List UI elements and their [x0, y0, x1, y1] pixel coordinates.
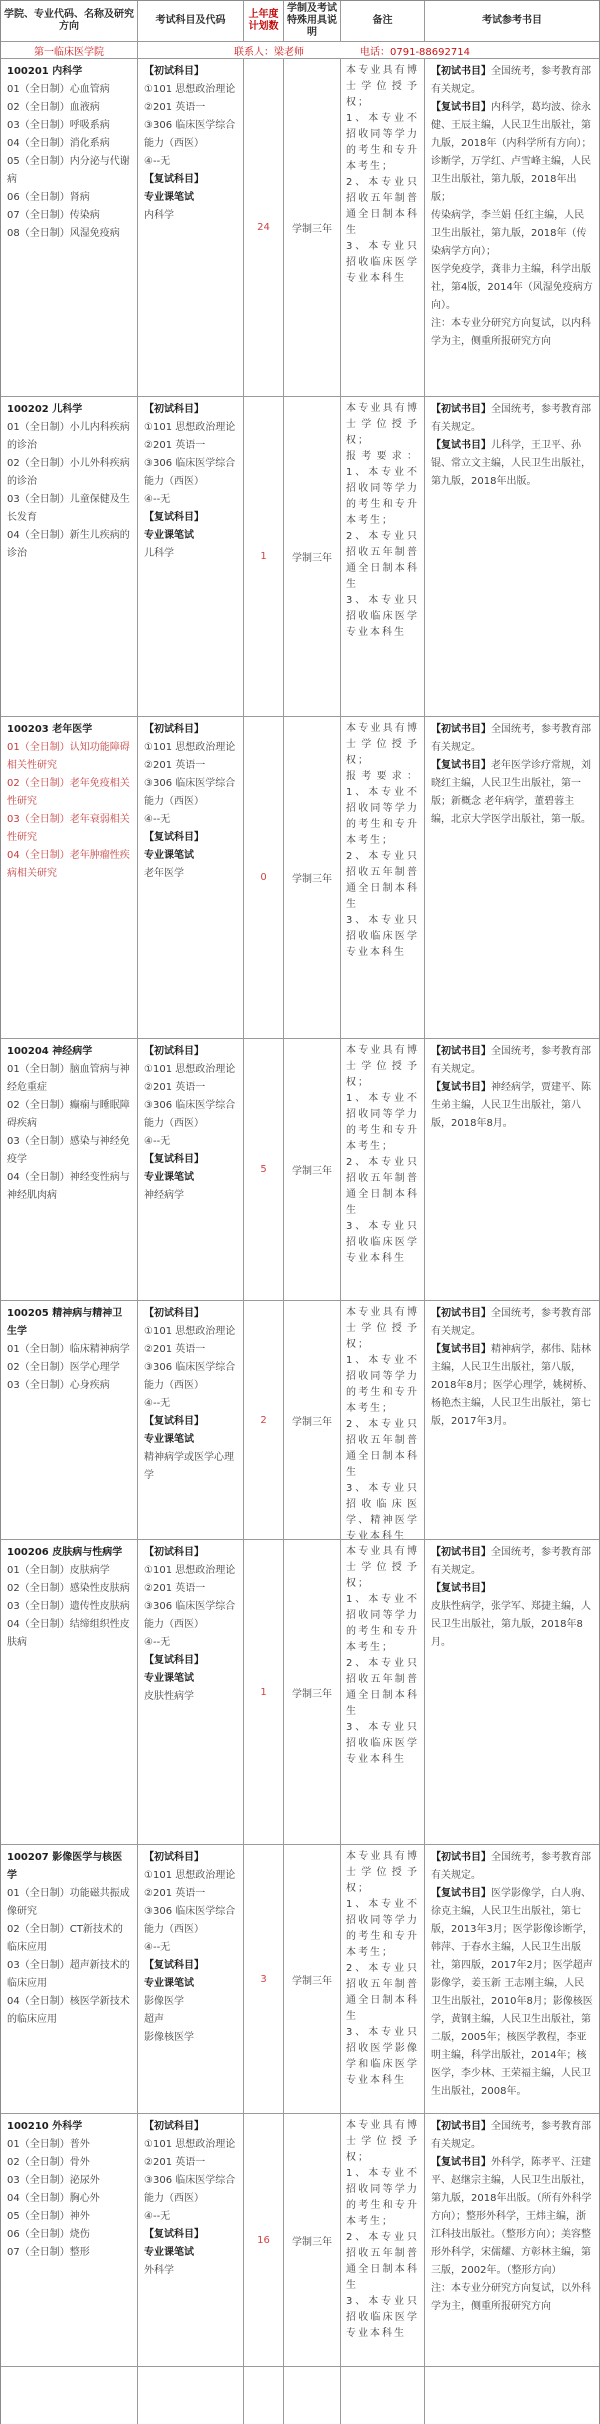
program-row: 100201 内科学01（全日制）心血管病02（全日制）血液病03（全日制）呼吸… — [1, 58, 599, 396]
book-section-label: 【初试书目】 — [431, 66, 491, 77]
exam-subject-line: ①101 思想政治理论 — [144, 739, 237, 757]
book-paragraph: 【初试书目】全国统考，参考教育部有关规定。 — [431, 721, 593, 757]
research-direction: 02（全日制）医学心理学 — [7, 1359, 131, 1377]
note-paragraph: 3、本专业只招收临床医学、精神医学专业本科生 — [346, 1481, 419, 1539]
book-section-label: 【复试书目】 — [431, 1888, 491, 1899]
book-paragraph: 皮肤性病学，张学军、郑捷主编，人民卫生出版社，第九版，2018年8月。 — [431, 1598, 593, 1652]
plan-count-cell: 16 — [243, 2114, 283, 2366]
note-cell: 本专业具有博士学位授予权；1、本专业不招收同等学力的考生和专升本考生；2、本专业… — [340, 59, 424, 396]
program-row: 100203 老年医学01（全日制）认知功能障碍相关性研究02（全日制）老年免疫… — [1, 716, 599, 1038]
plan-count-cell: 5 — [243, 1039, 283, 1300]
duration-cell: 学制三年 — [283, 1845, 340, 2113]
book-text: 注：本专业分研究方向复试，以外科学为主，侧重所报研究方向 — [431, 2283, 591, 2312]
header-col-plan-count: 上年度计划数 — [243, 1, 283, 41]
exam-subject-line: 专业课笔试 — [144, 1169, 237, 1187]
book-text: 皮肤性病学，张学军、郑捷主编，人民卫生出版社，第九版，2018年8月。 — [431, 1601, 591, 1648]
exam-subjects-cell: 【初试科目】①101 思想政治理论②201 英语一③306 临床医学综合能力（西… — [137, 2114, 243, 2366]
book-text: 医学影像学，白人驹、徐克主编，人民卫生出版社，第七版，2013年3月；医学影像诊… — [431, 1888, 593, 2097]
research-direction: 05（全日制）内分泌与代谢病 — [7, 153, 131, 189]
book-paragraph: 【初试书目】全国统考，参考教育部有关规定。 — [431, 1305, 593, 1341]
duration-text: 学制三年 — [292, 1972, 332, 1987]
research-direction: 02（全日制）老年免疫相关性研究 — [7, 775, 131, 811]
duration-text: 学制三年 — [292, 549, 332, 564]
research-direction: 03（全日制）心身疾病 — [7, 1377, 131, 1395]
program-row: 100202 儿科学01（全日制）小儿内科疾病的诊治02（全日制）小儿外科疾病的… — [1, 396, 599, 716]
duration-cell: 学制三年 — [283, 717, 340, 1038]
note-paragraph: 本专业具有博士学位授予权； — [346, 1544, 419, 1592]
table-header-row: 学院、专业代码、名称及研究方向 考试科目及代码 上年度计划数 学制及考试特殊用具… — [1, 1, 599, 41]
research-direction: 04（全日制）神经变性病与神经肌肉病 — [7, 1169, 131, 1205]
research-direction: 03（全日制）儿童保健及生长发育 — [7, 491, 131, 527]
books-cell: 【初试书目】全国统考，参考教育部有关规定。【复试书目】皮肤性病学，张学军、郑捷主… — [424, 1540, 599, 1844]
empty-cell — [424, 2367, 599, 2424]
exam-subject-line: 老年医学 — [144, 865, 237, 883]
exam-subject-line: ②201 英语一 — [144, 1079, 237, 1097]
research-direction: 03（全日制）感染与神经免疫学 — [7, 1133, 131, 1169]
research-direction: 06（全日制）烧伤 — [7, 2226, 131, 2244]
book-section-label: 【初试书目】 — [431, 1046, 491, 1057]
exam-subject-line: 皮肤性病学 — [144, 1688, 237, 1706]
note-paragraph: 1、本专业不招收同等学力的考生和专升本考生； — [346, 1353, 419, 1417]
note-paragraph: 3、本专业只招收临床医学专业本科生 — [346, 913, 419, 961]
empty-cell — [243, 2367, 283, 2424]
book-paragraph: 【初试书目】全国统考，参考教育部有关规定。 — [431, 1544, 593, 1580]
exam-subject-line: 专业课笔试 — [144, 527, 237, 545]
exam-subject-line: 专业课笔试 — [144, 847, 237, 865]
note-paragraph: 1、本专业不招收同等学力的考生和专升本考生； — [346, 1897, 419, 1961]
exam-subject-line: ①101 思想政治理论 — [144, 419, 237, 437]
exam-subject-line: ④--无 — [144, 2208, 237, 2226]
research-direction: 01（全日制）普外 — [7, 2136, 131, 2154]
note-paragraph: 2、本专业只招收五年制普通全日制本科生 — [346, 1961, 419, 2025]
book-paragraph: 【初试书目】全国统考，参考教育部有关规定。 — [431, 2118, 593, 2154]
program-row: 100205 精神病与精神卫生学01（全日制）临床精神病学02（全日制）医学心理… — [1, 1300, 599, 1539]
exam-subject-line: 【复试科目】 — [144, 2226, 237, 2244]
note-paragraph: 2、本专业只招收五年制普通全日制本科生 — [346, 1656, 419, 1720]
book-paragraph: 【复试书目】外科学，陈孝平、汪建平、赵继宗主编，人民卫生出版社，第九版，2018… — [431, 2154, 593, 2280]
book-section-label: 【复试书目】 — [431, 1344, 491, 1355]
book-paragraph: 传染病学，李兰娟 任红主编，人民卫生出版社，第九版，2018年（传染病学方向）； — [431, 207, 593, 261]
exam-subject-line: ③306 临床医学综合能力（西医） — [144, 1903, 237, 1939]
note-paragraph: 本专业具有博士学位授予权； — [346, 2118, 419, 2166]
exam-subject-line: ②201 英语一 — [144, 1341, 237, 1359]
research-direction: 01（全日制）脑血管病与神经危重症 — [7, 1061, 131, 1097]
duration-text: 学制三年 — [292, 1685, 332, 1700]
book-section-label: 【复试书目】 — [431, 760, 491, 771]
research-direction: 01（全日制）功能磁共振成像研究 — [7, 1885, 131, 1921]
note-paragraph: 3、本专业只招收临床医学专业本科生 — [346, 2294, 419, 2342]
research-direction: 03（全日制）遗传性皮肤病 — [7, 1598, 131, 1616]
duration-text: 学制三年 — [292, 870, 332, 885]
research-direction: 03（全日制）老年衰弱相关性研究 — [7, 811, 131, 847]
books-cell: 【初试书目】全国统考，参考教育部有关规定。【复试书目】内科学，葛均波、徐永健、王… — [424, 59, 599, 396]
research-direction: 04（全日制）核医学新技术的临床应用 — [7, 1993, 131, 2029]
exam-subject-line: ④--无 — [144, 811, 237, 829]
exam-subject-line: 神经病学 — [144, 1187, 237, 1205]
exam-subject-line: 【初试科目】 — [144, 2118, 237, 2136]
exam-subject-line: ②201 英语一 — [144, 757, 237, 775]
note-paragraph: 本专业具有博士学位授予权； — [346, 721, 419, 769]
note-paragraph: 报考要求：1、本专业不招收同等学力的考生和专升本考生； — [346, 769, 419, 849]
plan-count: 3 — [260, 1974, 266, 1985]
exam-subject-line: 儿科学 — [144, 545, 237, 563]
book-paragraph: 【初试书目】全国统考，参考教育部有关规定。 — [431, 401, 593, 437]
note-paragraph: 1、本专业不招收同等学力的考生和专升本考生； — [346, 111, 419, 175]
exam-subjects-cell: 【初试科目】①101 思想政治理论②201 英语一③306 临床医学综合能力（西… — [137, 717, 243, 1038]
plan-count-cell: 1 — [243, 1540, 283, 1844]
program-cell: 100210 外科学01（全日制）普外02（全日制）骨外03（全日制）泌尿外04… — [1, 2114, 137, 2366]
research-direction: 01（全日制）小儿内科疾病的诊治 — [7, 419, 131, 455]
note-cell: 本专业具有博士学位授予权；1、本专业不招收同等学力的考生和专升本考生；2、本专业… — [340, 1540, 424, 1844]
research-direction: 01（全日制）心血管病 — [7, 81, 131, 99]
exam-subject-line: 专业课笔试 — [144, 189, 237, 207]
exam-subject-line: ④--无 — [144, 1939, 237, 1957]
note-cell: 本专业具有博士学位授予权；报考要求：1、本专业不招收同等学力的考生和专升本考生；… — [340, 717, 424, 1038]
plan-count: 5 — [260, 1164, 266, 1175]
book-section-label: 【初试书目】 — [431, 1547, 491, 1558]
research-direction: 01（全日制）皮肤病学 — [7, 1562, 131, 1580]
program-rows: 100201 内科学01（全日制）心血管病02（全日制）血液病03（全日制）呼吸… — [1, 58, 599, 2366]
header-col-exam-subjects: 考试科目及代码 — [137, 1, 243, 41]
book-paragraph: 【复试书目】儿科学，王卫平、孙锟、常立文主编，人民卫生出版社，第九版，2018年… — [431, 437, 593, 491]
note-paragraph: 2、本专业只招收五年制普通全日制本科生 — [346, 175, 419, 239]
exam-subject-line: 内科学 — [144, 207, 237, 225]
duration-cell: 学制三年 — [283, 1540, 340, 1844]
note-paragraph: 3、本专业只招收临床医学专业本科生 — [346, 593, 419, 641]
empty-cell — [283, 2367, 340, 2424]
book-paragraph: 【初试书目】全国统考，参考教育部有关规定。 — [431, 1849, 593, 1885]
book-section-label: 【复试书目】 — [431, 1082, 491, 1093]
note-paragraph: 本专业具有博士学位授予权； — [346, 1849, 419, 1897]
note-cell: 本专业具有博士学位授予权；1、本专业不招收同等学力的考生和专升本考生；2、本专业… — [340, 2114, 424, 2366]
exam-subject-line: 精神病学或医学心理学 — [144, 1449, 237, 1485]
duration-cell: 学制三年 — [283, 397, 340, 716]
note-paragraph: 本专业具有博士学位授予权； — [346, 401, 419, 449]
exam-subject-line: ④--无 — [144, 1133, 237, 1151]
books-cell: 【初试书目】全国统考，参考教育部有关规定。【复试书目】精神病学，郝伟、陆林主编，… — [424, 1301, 599, 1539]
research-direction: 01（全日制）临床精神病学 — [7, 1341, 131, 1359]
exam-subject-line: 【初试科目】 — [144, 1305, 237, 1323]
book-paragraph: 【复试书目】神经病学，贾建平、陈生弟主编，人民卫生出版社，第八版，2018年8月… — [431, 1079, 593, 1133]
exam-subject-line: ③306 临床医学综合能力（西医） — [144, 2172, 237, 2208]
books-cell: 【初试书目】全国统考，参考教育部有关规定。【复试书目】神经病学，贾建平、陈生弟主… — [424, 1039, 599, 1300]
admissions-table: 学院、专业代码、名称及研究方向 考试科目及代码 上年度计划数 学制及考试特殊用具… — [0, 0, 600, 2424]
duration-text: 学制三年 — [292, 220, 332, 235]
program-code-title: 100205 精神病与精神卫生学 — [7, 1305, 131, 1341]
book-text: 诊断学，万学红、卢雪峰主编，人民卫生出版社，第九版，2018年出版； — [431, 156, 591, 203]
book-paragraph: 诊断学，万学红、卢雪峰主编，人民卫生出版社，第九版，2018年出版； — [431, 153, 593, 207]
book-text: 注：本专业分研究方向复试，以内科学为主，侧重所报研究方向 — [431, 318, 591, 347]
books-cell: 【初试书目】全国统考，参考教育部有关规定。【复试书目】老年医学诊疗常规，刘晓红主… — [424, 717, 599, 1038]
exam-subject-line: 【初试科目】 — [144, 1544, 237, 1562]
note-paragraph: 3、本专业只招收医学影像学和临床医学专业本科生 — [346, 2025, 419, 2089]
exam-subjects-cell: 【初试科目】①101 思想政治理论②201 英语一③306 临床医学综合能力（西… — [137, 1039, 243, 1300]
empty-cell — [137, 2367, 243, 2424]
program-row: 100206 皮肤病与性病学01（全日制）皮肤病学02（全日制）感染性皮肤病03… — [1, 1539, 599, 1844]
exam-subject-line: ①101 思想政治理论 — [144, 2136, 237, 2154]
program-code-title: 100202 儿科学 — [7, 401, 131, 419]
exam-subject-line: ①101 思想政治理论 — [144, 1061, 237, 1079]
header-col-notes: 备注 — [340, 1, 424, 41]
partial-next-row — [1, 2366, 599, 2424]
research-direction: 02（全日制）癫痫与睡眠障碍疾病 — [7, 1097, 131, 1133]
book-text: 外科学，陈孝平、汪建平、赵继宗主编，人民卫生出版社，第九版，2018年出版。（所… — [431, 2157, 591, 2276]
exam-subject-line: 影像医学 — [144, 1993, 237, 2011]
note-cell: 本专业具有博士学位授予权；报考要求：1、本专业不招收同等学力的考生和专升本考生；… — [340, 397, 424, 716]
book-section-label: 【复试书目】 — [431, 2157, 491, 2168]
duration-cell: 学制三年 — [283, 1039, 340, 1300]
books-cell: 【初试书目】全国统考，参考教育部有关规定。【复试书目】儿科学，王卫平、孙锟、常立… — [424, 397, 599, 716]
book-paragraph: 【复试书目】老年医学诊疗常规，刘晓红主编，人民卫生出版社，第一版；新概念 老年病… — [431, 757, 593, 829]
exam-subject-line: 【初试科目】 — [144, 63, 237, 81]
exam-subjects-cell: 【初试科目】①101 思想政治理论②201 英语一③306 临床医学综合能力（西… — [137, 1845, 243, 2113]
header-col-reference-books: 考试参考书目 — [424, 1, 599, 41]
exam-subject-line: 【初试科目】 — [144, 401, 237, 419]
book-section-label: 【复试书目】 — [431, 102, 491, 113]
note-paragraph: 2、本专业只招收五年制普通全日制本科生 — [346, 1155, 419, 1219]
college-name: 第一临床医学院 — [1, 42, 137, 58]
exam-subject-line: 【初试科目】 — [144, 721, 237, 739]
program-row: 100204 神经病学01（全日制）脑血管病与神经危重症02（全日制）癫痫与睡眠… — [1, 1038, 599, 1300]
program-cell: 100207 影像医学与核医学01（全日制）功能磁共振成像研究02（全日制）CT… — [1, 1845, 137, 2113]
exam-subject-line: 【复试科目】 — [144, 1151, 237, 1169]
exam-subject-line: ④--无 — [144, 153, 237, 171]
contact-person: 联系人：梁老师 — [234, 43, 304, 58]
exam-subject-line: 【复试科目】 — [144, 509, 237, 527]
research-direction: 04（全日制）结缔组织性皮肤病 — [7, 1616, 131, 1652]
exam-subject-line: ③306 临床医学综合能力（西医） — [144, 455, 237, 491]
exam-subject-line: ③306 临床医学综合能力（西医） — [144, 117, 237, 153]
books-cell: 【初试书目】全国统考，参考教育部有关规定。【复试书目】医学影像学，白人驹、徐克主… — [424, 1845, 599, 2113]
note-paragraph: 2、本专业只招收五年制普通全日制本科生 — [346, 529, 419, 593]
exam-subject-line: 【复试科目】 — [144, 171, 237, 189]
exam-subject-line: 【复试科目】 — [144, 1957, 237, 1975]
exam-subject-line: ④--无 — [144, 491, 237, 509]
note-paragraph: 3、本专业只招收临床医学专业本科生 — [346, 1720, 419, 1768]
note-cell: 本专业具有博士学位授予权；1、本专业不招收同等学力的考生和专升本考生；2、本专业… — [340, 1301, 424, 1539]
note-paragraph: 本专业具有博士学位授予权； — [346, 1305, 419, 1353]
research-direction: 04（全日制）消化系病 — [7, 135, 131, 153]
book-paragraph: 注：本专业分研究方向复试，以内科学为主，侧重所报研究方向 — [431, 315, 593, 351]
book-section-label: 【复试书目】 — [431, 440, 491, 451]
program-code-title: 100206 皮肤病与性病学 — [7, 1544, 131, 1562]
contact-phone: 电话：0791-88692714 — [360, 43, 470, 58]
exam-subject-line: 专业课笔试 — [144, 1975, 237, 1993]
note-paragraph: 2、本专业只招收五年制普通全日制本科生 — [346, 1417, 419, 1481]
program-code-title: 100210 外科学 — [7, 2118, 131, 2136]
research-direction: 02（全日制）血液病 — [7, 99, 131, 117]
exam-subject-line: ②201 英语一 — [144, 1580, 237, 1598]
exam-subject-line: ③306 临床医学综合能力（西医） — [144, 1359, 237, 1395]
exam-subject-line: ④--无 — [144, 1634, 237, 1652]
exam-subjects-cell: 【初试科目】①101 思想政治理论②201 英语一③306 临床医学综合能力（西… — [137, 59, 243, 396]
exam-subject-line: 【初试科目】 — [144, 1043, 237, 1061]
research-direction: 04（全日制）老年肿瘤性疾病相关研究 — [7, 847, 131, 883]
exam-subject-line: ②201 英语一 — [144, 2154, 237, 2172]
exam-subject-line: 影像核医学 — [144, 2029, 237, 2047]
research-direction: 03（全日制）呼吸系病 — [7, 117, 131, 135]
duration-text: 学制三年 — [292, 2233, 332, 2248]
research-direction: 08（全日制）风湿免疫病 — [7, 225, 131, 243]
college-contact-row: 第一临床医学院 联系人：梁老师 电话：0791-88692714 — [1, 41, 599, 58]
book-paragraph: 【复试书目】医学影像学，白人驹、徐克主编，人民卫生出版社，第七版，2013年3月… — [431, 1885, 593, 2101]
exam-subject-line: ②201 英语一 — [144, 99, 237, 117]
plan-count: 0 — [260, 872, 266, 883]
book-section-label: 【初试书目】 — [431, 2121, 491, 2132]
duration-text: 学制三年 — [292, 1413, 332, 1428]
research-direction: 04（全日制）胸心外 — [7, 2190, 131, 2208]
book-text: 传染病学，李兰娟 任红主编，人民卫生出版社，第九版，2018年（传染病学方向）； — [431, 210, 586, 257]
book-paragraph: 【初试书目】全国统考，参考教育部有关规定。 — [431, 63, 593, 99]
note-cell: 本专业具有博士学位授予权；1、本专业不招收同等学力的考生和专升本考生；2、本专业… — [340, 1845, 424, 2113]
book-paragraph: 注：本专业分研究方向复试，以外科学为主，侧重所报研究方向 — [431, 2280, 593, 2316]
research-direction: 04（全日制）新生儿疾病的诊治 — [7, 527, 131, 563]
exam-subject-line: 专业课笔试 — [144, 1431, 237, 1449]
book-section-label: 【初试书目】 — [431, 724, 491, 735]
book-text: 医学免疫学，龚非力主编，科学出版社，第4版，2014年（风湿免疫病方向）。 — [431, 264, 593, 311]
plan-count: 1 — [260, 551, 266, 562]
plan-count-cell: 1 — [243, 397, 283, 716]
program-code-title: 100207 影像医学与核医学 — [7, 1849, 131, 1885]
book-paragraph: 【初试书目】全国统考，参考教育部有关规定。 — [431, 1043, 593, 1079]
note-paragraph: 报考要求：1、本专业不招收同等学力的考生和专升本考生； — [346, 449, 419, 529]
program-cell: 100206 皮肤病与性病学01（全日制）皮肤病学02（全日制）感染性皮肤病03… — [1, 1540, 137, 1844]
plan-count: 2 — [260, 1415, 266, 1426]
note-paragraph: 2、本专业只招收五年制普通全日制本科生 — [346, 2230, 419, 2294]
research-direction: 05（全日制）神外 — [7, 2208, 131, 2226]
exam-subjects-cell: 【初试科目】①101 思想政治理论②201 英语一③306 临床医学综合能力（西… — [137, 1301, 243, 1539]
plan-count: 24 — [257, 222, 270, 233]
exam-subject-line: ①101 思想政治理论 — [144, 1323, 237, 1341]
note-paragraph: 本专业具有博士学位授予权； — [346, 63, 419, 111]
exam-subject-line: ①101 思想政治理论 — [144, 81, 237, 99]
book-text: 精神病学，郝伟、陆林主编，人民卫生出版社，第八版，2018年8月；医学心理学，姚… — [431, 1344, 593, 1427]
exam-subjects-cell: 【初试科目】①101 思想政治理论②201 英语一③306 临床医学综合能力（西… — [137, 397, 243, 716]
exam-subject-line: 【复试科目】 — [144, 1652, 237, 1670]
research-direction: 07（全日制）整形 — [7, 2244, 131, 2262]
book-paragraph: 【复试书目】精神病学，郝伟、陆林主编，人民卫生出版社，第八版，2018年8月；医… — [431, 1341, 593, 1431]
note-paragraph: 2、本专业只招收五年制普通全日制本科生 — [346, 849, 419, 913]
exam-subject-line: 【复试科目】 — [144, 1413, 237, 1431]
plan-count: 1 — [260, 1687, 266, 1698]
book-section-label: 【复试书目】 — [431, 1583, 491, 1594]
duration-cell: 学制三年 — [283, 2114, 340, 2366]
exam-subject-line: 专业课笔试 — [144, 2244, 237, 2262]
exam-subject-line: 专业课笔试 — [144, 1670, 237, 1688]
research-direction: 07（全日制）传染病 — [7, 207, 131, 225]
exam-subject-line: 【复试科目】 — [144, 829, 237, 847]
program-cell: 100204 神经病学01（全日制）脑血管病与神经危重症02（全日制）癫痫与睡眠… — [1, 1039, 137, 1300]
books-cell: 【初试书目】全国统考，参考教育部有关规定。【复试书目】外科学，陈孝平、汪建平、赵… — [424, 2114, 599, 2366]
research-direction: 02（全日制）骨外 — [7, 2154, 131, 2172]
plan-count-cell: 0 — [243, 717, 283, 1038]
exam-subject-line: ③306 临床医学综合能力（西医） — [144, 1598, 237, 1634]
header-col-program: 学院、专业代码、名称及研究方向 — [1, 1, 137, 41]
duration-cell: 学制三年 — [283, 1301, 340, 1539]
note-paragraph: 1、本专业不招收同等学力的考生和专升本考生； — [346, 2166, 419, 2230]
research-direction: 06（全日制）肾病 — [7, 189, 131, 207]
book-section-label: 【初试书目】 — [431, 1852, 491, 1863]
exam-subject-line: ③306 临床医学综合能力（西医） — [144, 1097, 237, 1133]
header-col-duration: 学制及考试特殊用具说明 — [283, 1, 340, 41]
research-direction: 02（全日制）小儿外科疾病的诊治 — [7, 455, 131, 491]
note-cell: 本专业具有博士学位授予权；1、本专业不招收同等学力的考生和专升本考生；2、本专业… — [340, 1039, 424, 1300]
plan-count: 16 — [257, 2235, 270, 2246]
empty-cell — [340, 2367, 424, 2424]
note-paragraph: 1、本专业不招收同等学力的考生和专升本考生； — [346, 1091, 419, 1155]
program-code-title: 100204 神经病学 — [7, 1043, 131, 1061]
program-cell: 100201 内科学01（全日制）心血管病02（全日制）血液病03（全日制）呼吸… — [1, 59, 137, 396]
plan-count-cell: 3 — [243, 1845, 283, 2113]
note-paragraph: 3、本专业只招收临床医学专业本科生 — [346, 239, 419, 287]
duration-text: 学制三年 — [292, 1162, 332, 1177]
program-cell: 100203 老年医学01（全日制）认知功能障碍相关性研究02（全日制）老年免疫… — [1, 717, 137, 1038]
program-code-title: 100201 内科学 — [7, 63, 131, 81]
exam-subject-line: 超声 — [144, 2011, 237, 2029]
exam-subject-line: ②201 英语一 — [144, 437, 237, 455]
program-row: 100210 外科学01（全日制）普外02（全日制）骨外03（全日制）泌尿外04… — [1, 2113, 599, 2366]
research-direction: 03（全日制）泌尿外 — [7, 2172, 131, 2190]
book-paragraph: 【复试书目】内科学，葛均波、徐永健、王辰主编，人民卫生出版社，第九版，2018年… — [431, 99, 593, 153]
book-paragraph: 【复试书目】 — [431, 1580, 593, 1598]
exam-subject-line: ①101 思想政治理论 — [144, 1562, 237, 1580]
note-paragraph: 本专业具有博士学位授予权； — [346, 1043, 419, 1091]
research-direction: 02（全日制）CT新技术的临床应用 — [7, 1921, 131, 1957]
book-paragraph: 医学免疫学，龚非力主编，科学出版社，第4版，2014年（风湿免疫病方向）。 — [431, 261, 593, 315]
book-section-label: 【初试书目】 — [431, 1308, 491, 1319]
research-direction: 02（全日制）感染性皮肤病 — [7, 1580, 131, 1598]
program-cell: 100202 儿科学01（全日制）小儿内科疾病的诊治02（全日制）小儿外科疾病的… — [1, 397, 137, 716]
note-paragraph: 3、本专业只招收临床医学专业本科生 — [346, 1219, 419, 1267]
plan-count-cell: 24 — [243, 59, 283, 396]
book-section-label: 【初试书目】 — [431, 404, 491, 415]
exam-subject-line: 外科学 — [144, 2262, 237, 2280]
research-direction: 01（全日制）认知功能障碍相关性研究 — [7, 739, 131, 775]
contact-info-cell: 联系人：梁老师 电话：0791-88692714 — [137, 42, 600, 58]
program-row: 100207 影像医学与核医学01（全日制）功能磁共振成像研究02（全日制）CT… — [1, 1844, 599, 2113]
duration-cell: 学制三年 — [283, 59, 340, 396]
exam-subject-line: ①101 思想政治理论 — [144, 1867, 237, 1885]
exam-subject-line: ②201 英语一 — [144, 1885, 237, 1903]
exam-subject-line: ③306 临床医学综合能力（西医） — [144, 775, 237, 811]
note-paragraph: 1、本专业不招收同等学力的考生和专升本考生； — [346, 1592, 419, 1656]
plan-count-cell: 2 — [243, 1301, 283, 1539]
empty-cell — [1, 2367, 137, 2424]
research-direction: 03（全日制）超声新技术的临床应用 — [7, 1957, 131, 1993]
program-code-title: 100203 老年医学 — [7, 721, 131, 739]
program-cell: 100205 精神病与精神卫生学01（全日制）临床精神病学02（全日制）医学心理… — [1, 1301, 137, 1539]
exam-subjects-cell: 【初试科目】①101 思想政治理论②201 英语一③306 临床医学综合能力（西… — [137, 1540, 243, 1844]
exam-subject-line: ④--无 — [144, 1395, 237, 1413]
exam-subject-line: 【初试科目】 — [144, 1849, 237, 1867]
